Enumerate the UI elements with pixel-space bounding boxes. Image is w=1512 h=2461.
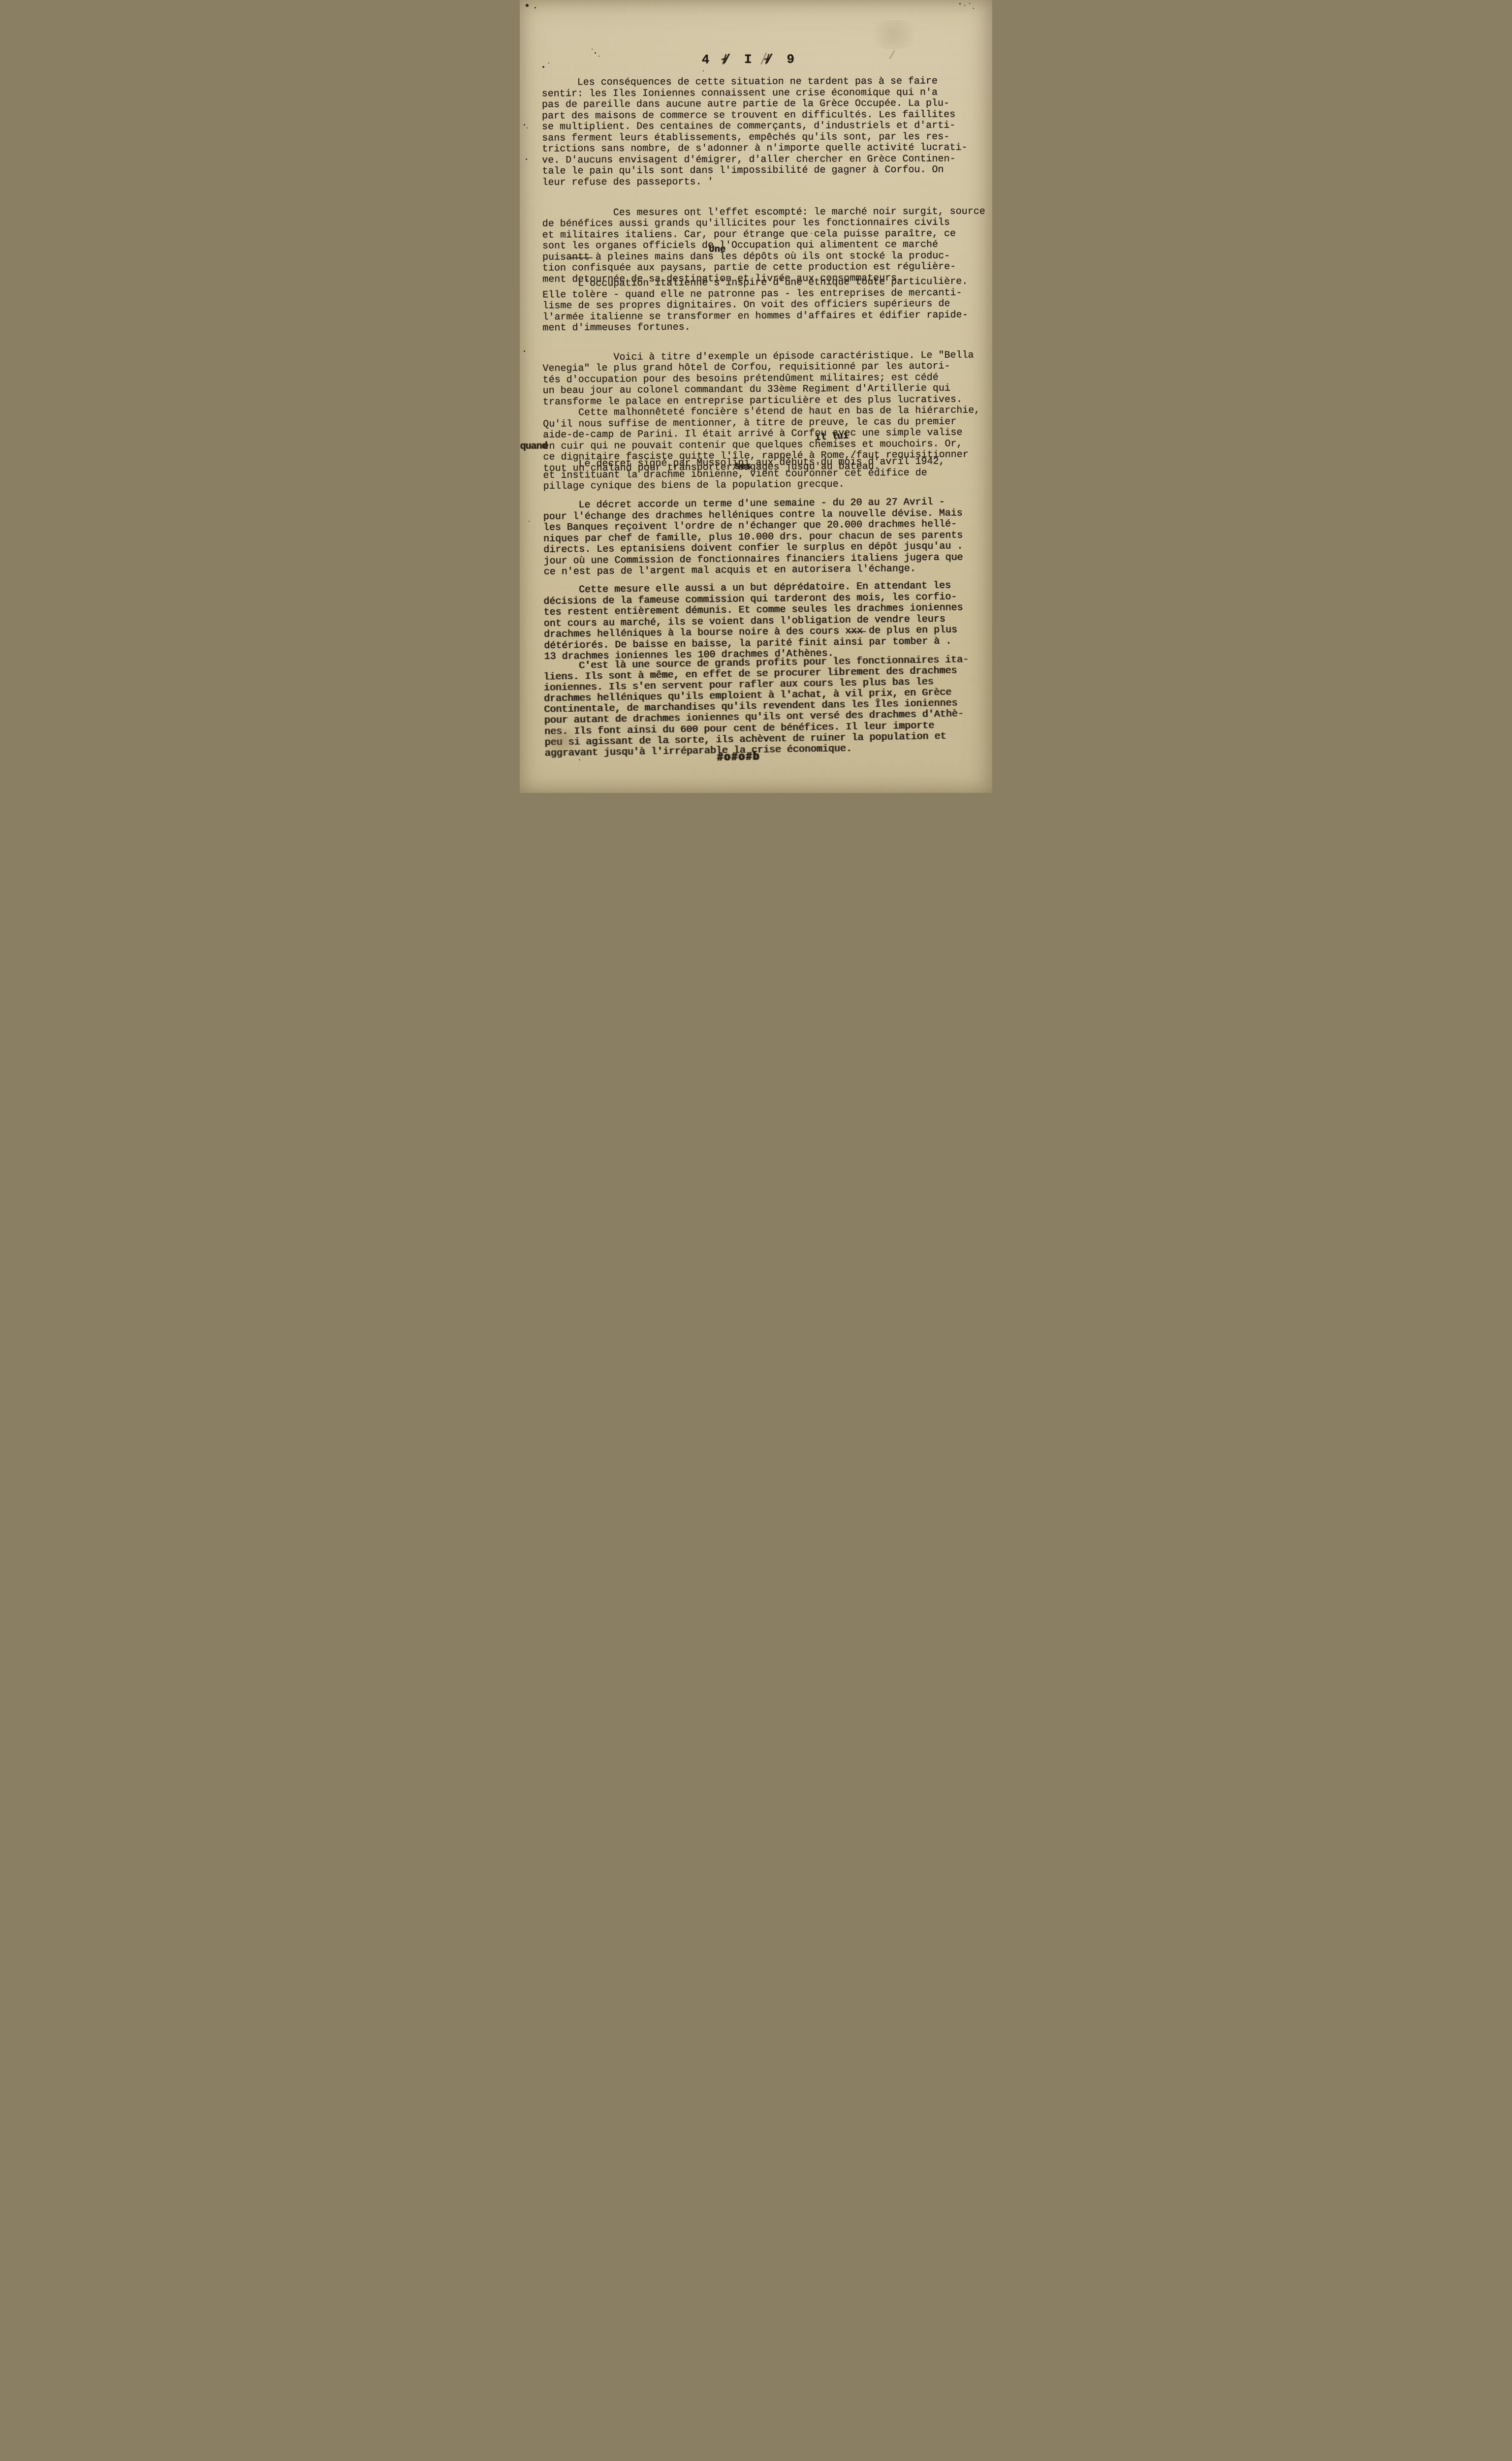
header-digit: 9 bbox=[787, 52, 797, 67]
header-numeral: I bbox=[744, 52, 755, 67]
paper-speck bbox=[964, 5, 965, 6]
page-number-header: 4 / I / 9 bbox=[702, 52, 798, 67]
typed-insertion-il-lui: il lui bbox=[815, 430, 849, 443]
paper-speck bbox=[969, 3, 970, 4]
paper-speck bbox=[598, 56, 599, 57]
paper-speck bbox=[703, 70, 704, 71]
paper-speck bbox=[579, 759, 580, 760]
paper-speck bbox=[691, 215, 692, 216]
paper-speck bbox=[592, 49, 593, 50]
paper-speck bbox=[527, 127, 528, 128]
paper-speck bbox=[548, 63, 549, 63]
document-page: 4 / I / 9 Les conséquences de cette situ… bbox=[520, 0, 992, 793]
paper-speck bbox=[526, 158, 527, 160]
header-digit: 4 bbox=[702, 52, 713, 67]
paragraph-profits: C'est là une source de grands profits po… bbox=[543, 655, 970, 759]
paper-speck bbox=[905, 725, 907, 726]
paragraph-echange-drachmes: Le décret accorde un terme d'une semaine… bbox=[543, 497, 963, 578]
paper-speck bbox=[973, 8, 974, 9]
paper-stain bbox=[539, 728, 584, 753]
paper-speck bbox=[524, 124, 525, 126]
typed-insertion-une: Une bbox=[709, 244, 725, 255]
struck-slash-icon: / bbox=[765, 52, 776, 67]
pen-mark bbox=[889, 50, 895, 59]
paper-stain bbox=[864, 20, 923, 49]
paper-speck bbox=[529, 521, 530, 522]
margin-insertion-quand: quand bbox=[520, 442, 547, 453]
typewritten-content: 4 / I / 9 Les conséquences de cette situ… bbox=[520, 0, 992, 793]
ink-smudge-end-mark: #o#o#b bbox=[717, 751, 760, 764]
paragraph-text: Ces mesures ont l'effet escompté: le mar… bbox=[542, 206, 985, 285]
paper-speck bbox=[542, 66, 544, 68]
paragraph-text: Voici à titre d'exemple un épisode carac… bbox=[542, 349, 980, 474]
paper-speck bbox=[959, 3, 961, 4]
paper-speck bbox=[668, 742, 669, 743]
paper-speck bbox=[526, 4, 529, 7]
paragraph-ethique: L'occupation italienne s'inspire d'une é… bbox=[542, 277, 968, 334]
paragraph-mesure-depredatoire: Cette mesure elle aussi a un but dépréda… bbox=[543, 580, 964, 663]
paragraph-decret-mussolini: Le decret signé par Mussolini aux débuts… bbox=[543, 456, 945, 492]
paragraph-consequences: Les conséquences de cette situation ne t… bbox=[542, 76, 968, 188]
paper-speck bbox=[811, 233, 812, 234]
struck-slash-icon: / bbox=[723, 52, 734, 67]
paper-speck bbox=[595, 52, 596, 54]
paper-speck bbox=[535, 7, 536, 8]
paper-speck bbox=[524, 350, 525, 352]
